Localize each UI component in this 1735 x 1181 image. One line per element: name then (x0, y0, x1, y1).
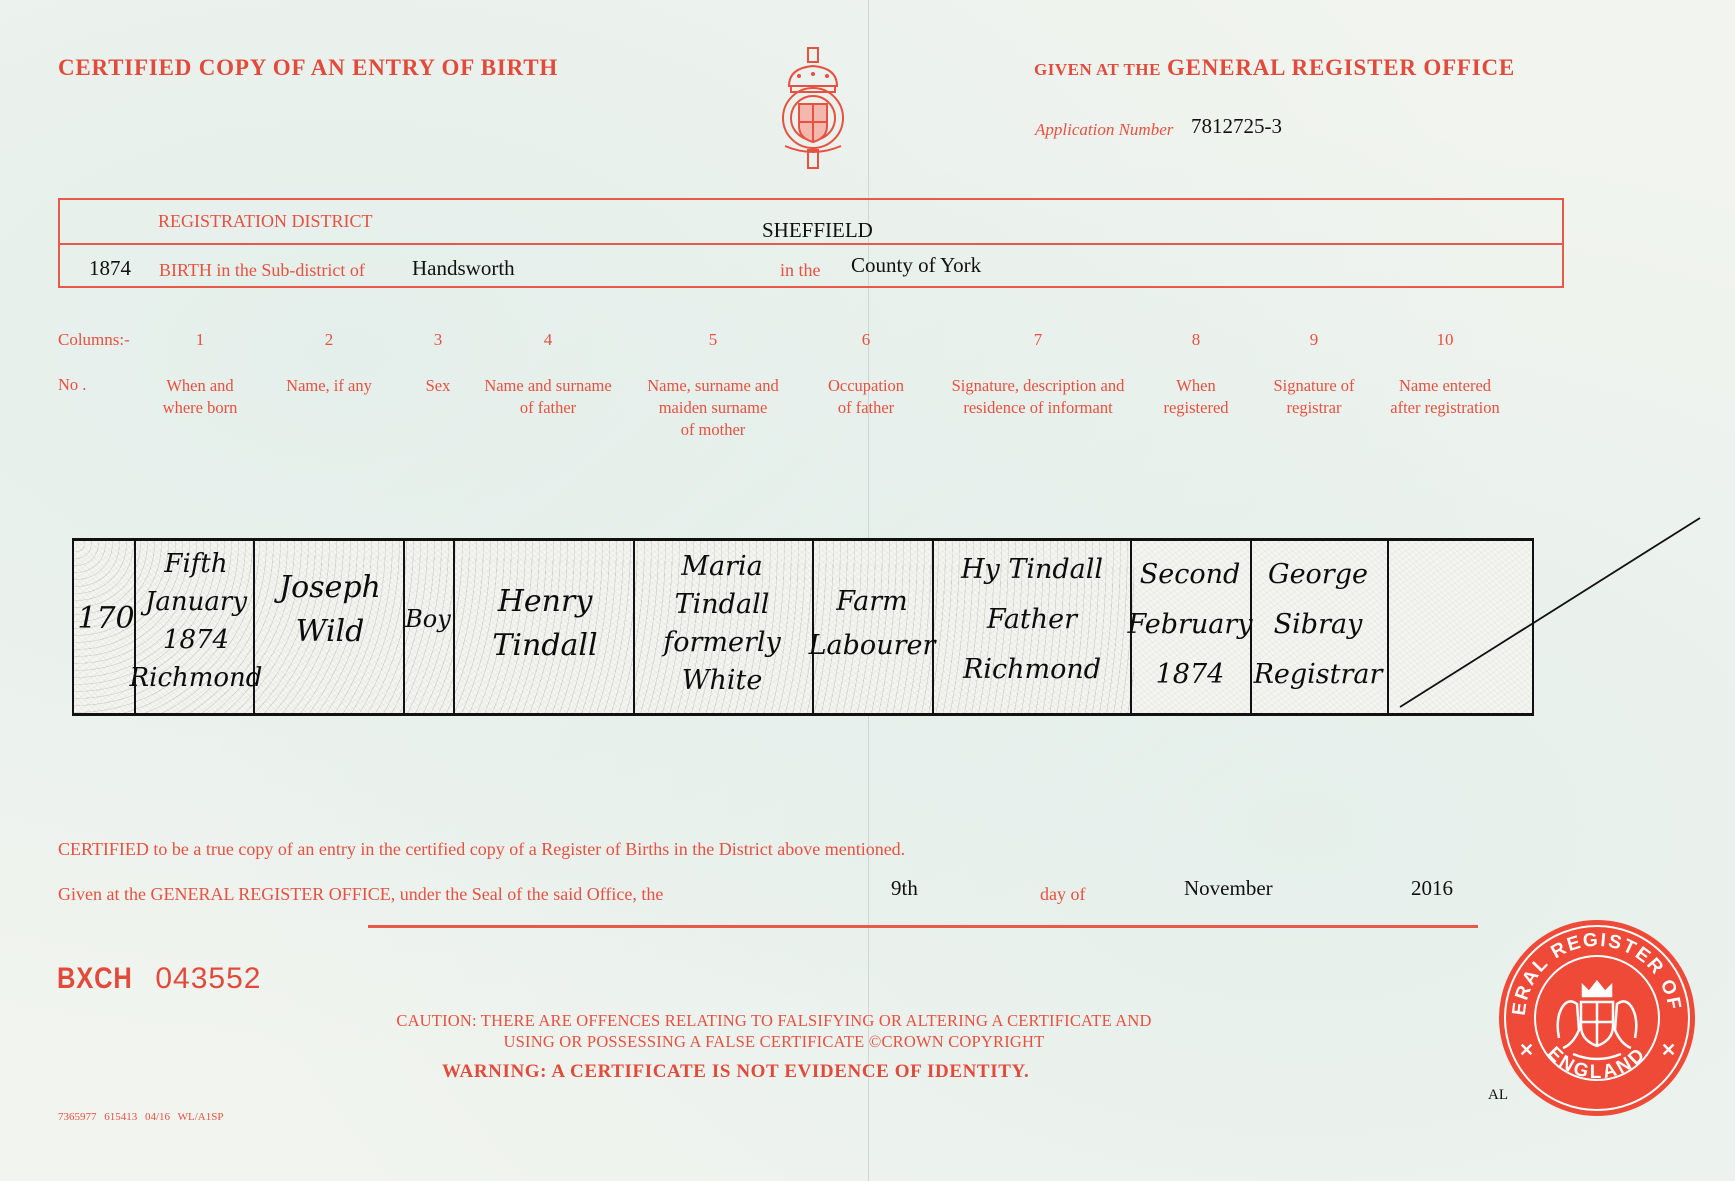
column-heading-5: Name, surname andmaiden surnameof mother (647, 375, 779, 441)
given-under-seal-statement: Given at the GENERAL REGISTER OFFICE, un… (58, 884, 663, 905)
print-code: 7365977 615413 04/16 WL/A1SP (58, 1111, 223, 1123)
registration-district-label: REGISTRATION DISTRICT (158, 211, 373, 232)
entry-column-divider (453, 541, 455, 713)
day-of-label: day of (1040, 884, 1085, 905)
column-number-1: 1 (196, 330, 205, 350)
entry-informant: Hy TindallFatherRichmond (961, 545, 1103, 695)
entry-when-where-born: FifthJanuary1874Richmond (130, 545, 263, 697)
svg-text:✕: ✕ (1519, 1040, 1534, 1060)
no-column-heading: No . (58, 375, 86, 395)
column-heading-9: Signature ofregistrar (1273, 375, 1354, 419)
entry-when-registered: SecondFebruary1874 (1127, 550, 1252, 700)
column-number-3: 3 (434, 330, 443, 350)
county: County of York (851, 253, 981, 278)
column-heading-2: Name, if any (286, 375, 372, 397)
identity-warning: WARNING: A CERTIFICATE IS NOT EVIDENCE O… (442, 1061, 1029, 1083)
columns-label: Columns:- (58, 330, 130, 350)
entry-column-divider (1387, 541, 1389, 713)
certificate-title: CERTIFIED COPY OF AN ENTRY OF BIRTH (58, 55, 558, 81)
column-number-7: 7 (1034, 330, 1043, 350)
serial-number: 043552 (155, 962, 261, 995)
issue-year: 2016 (1411, 876, 1453, 901)
column-heading-1: When andwhere born (163, 375, 238, 419)
entry-registrar: GeorgeSibrayRegistrar (1254, 550, 1383, 700)
application-number-label: Application Number (1035, 120, 1173, 140)
entry-child-name: JosephWild (279, 566, 381, 654)
column-number-5: 5 (709, 330, 718, 350)
registration-district: SHEFFIELD (762, 218, 873, 243)
entry-father-name: HenryTindall (492, 580, 597, 668)
column-heading-6: Occupationof father (828, 375, 904, 419)
entry-column-divider (633, 541, 635, 713)
column-number-4: 4 (544, 330, 553, 350)
svg-text:✕: ✕ (1661, 1040, 1676, 1060)
serial-prefix: BXCH (57, 962, 133, 996)
given-at-header: GIVEN AT THEGENERAL REGISTER OFFICE (1034, 55, 1515, 81)
issue-day: 9th (891, 876, 918, 901)
application-number: 7812725-3 (1191, 114, 1282, 139)
certification-statement: CERTIFIED to be a true copy of an entry … (58, 839, 905, 860)
column-number-6: 6 (862, 330, 871, 350)
column-number-9: 9 (1310, 330, 1319, 350)
county-label: in the (780, 260, 821, 281)
given-at-label: GIVEN AT THE (1034, 60, 1161, 79)
column-heading-3: Sex (426, 375, 451, 397)
column-heading-7: Signature, description andresidence of i… (952, 375, 1125, 419)
subdistrict: Handsworth (412, 256, 515, 281)
gro-seal-icon: GENERAL REGISTER OFFICE ENGLAND ✕ ✕ (1497, 918, 1697, 1118)
entry-number: 170 (77, 597, 134, 641)
gro-label: GENERAL REGISTER OFFICE (1167, 55, 1515, 80)
issue-month: November (1184, 876, 1273, 901)
column-heading-4: Name and surnameof father (484, 375, 611, 419)
column-number-2: 2 (325, 330, 334, 350)
entry-father-occupation: FarmLabourer (809, 580, 936, 668)
column-number-10: 10 (1437, 330, 1454, 350)
subdistrict-label: BIRTH in the Sub-district of (159, 260, 365, 281)
entry-sex: Boy (405, 597, 451, 641)
entry-mother-name: MariaTindallformerlyWhite (663, 548, 781, 700)
column-heading-10: Name enteredafter registration (1390, 375, 1500, 419)
caution-notice: CAUTION: THERE ARE OFFENCES RELATING TO … (384, 1010, 1164, 1052)
registration-year: 1874 (89, 256, 131, 281)
royal-crest-icon (775, 46, 851, 172)
column-number-8: 8 (1192, 330, 1201, 350)
certification-rule (368, 925, 1478, 928)
column-heading-8: Whenregistered (1163, 375, 1228, 419)
certificate-serial: BXCH 043552 (57, 962, 261, 996)
